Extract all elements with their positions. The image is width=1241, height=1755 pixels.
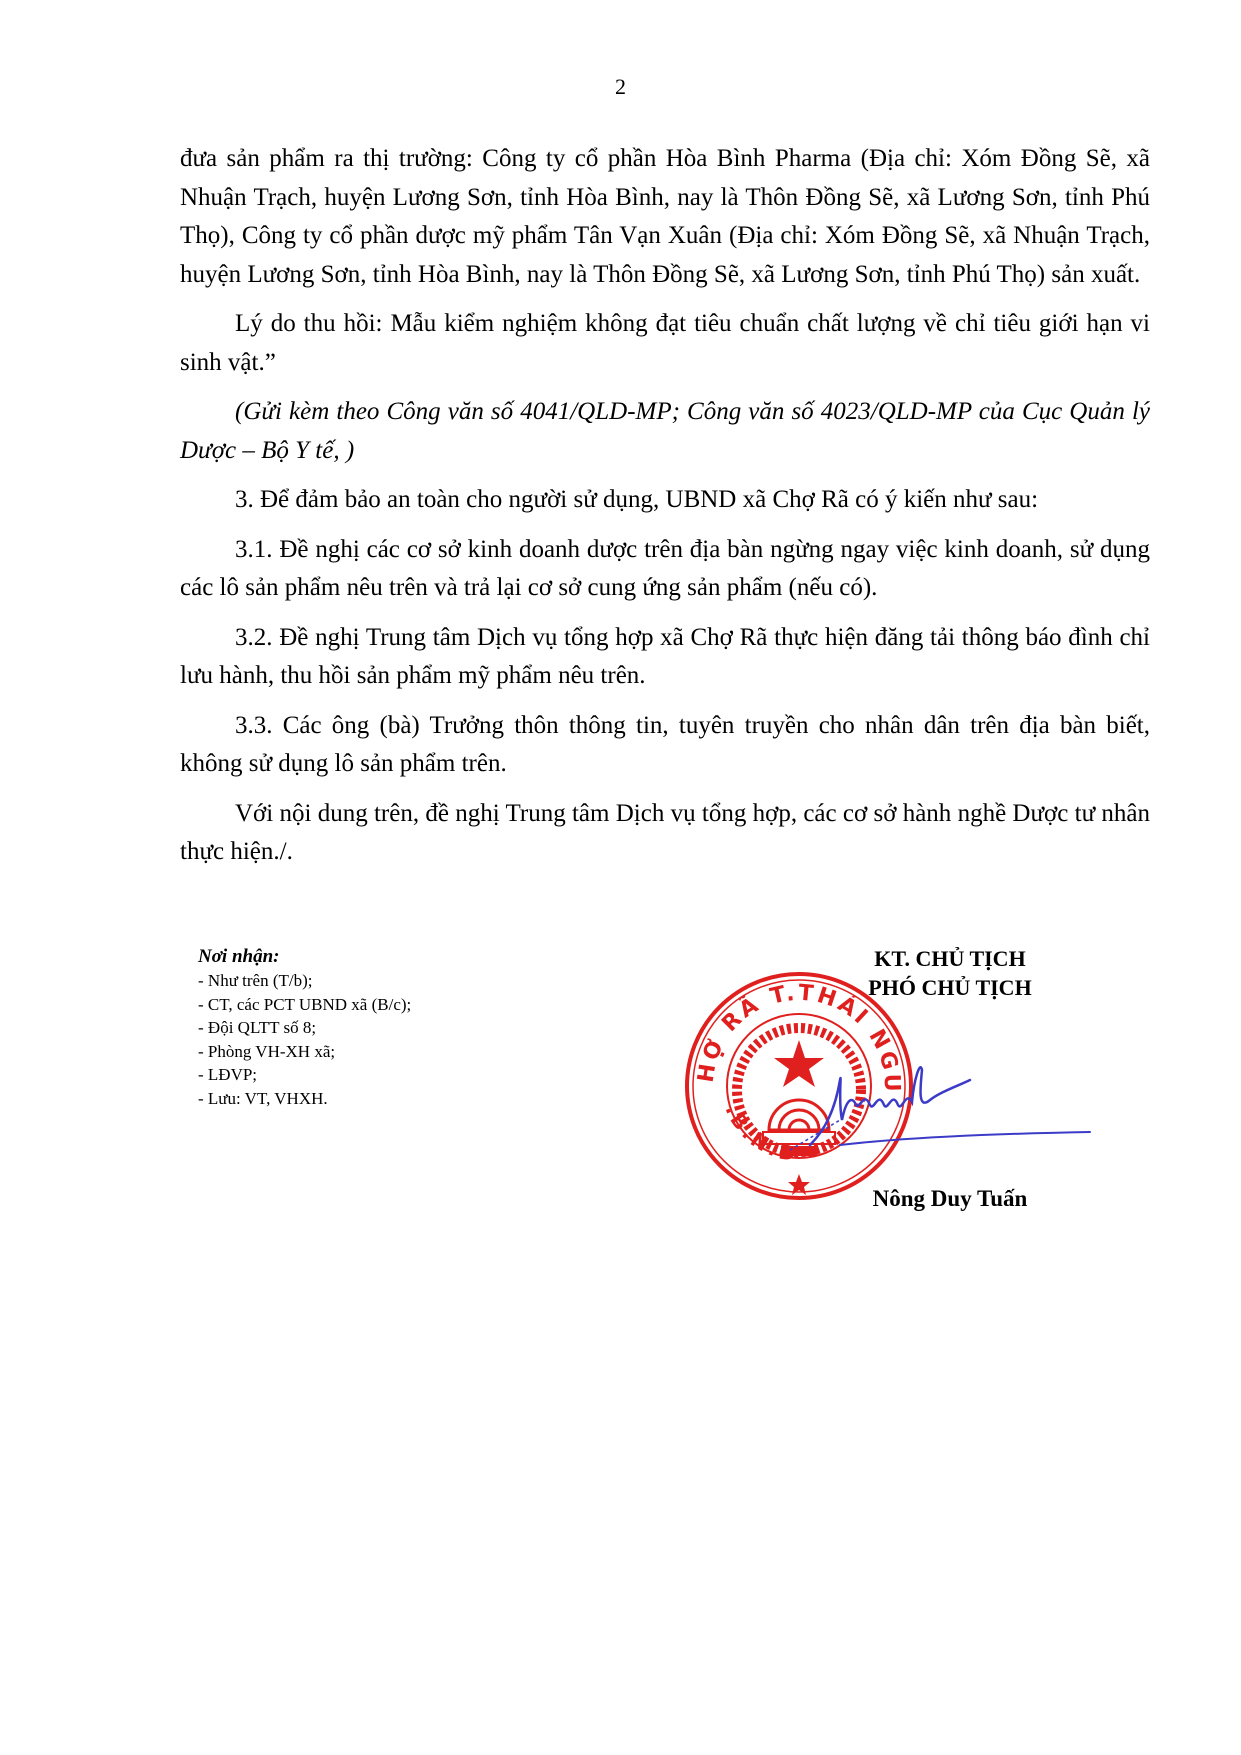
paragraph-attachment-note: (Gửi kèm theo Công văn số 4041/QLD-MP; C… — [180, 393, 1150, 470]
signature-title-line1: KT. CHỦ TỊCH — [820, 944, 1080, 973]
paragraph-3-2: 3.2. Đề nghị Trung tâm Dịch vụ tổng hợp … — [180, 619, 1150, 696]
paragraph-section-3: 3. Để đảm bảo an toàn cho người sử dụng,… — [180, 481, 1150, 520]
paragraph-3-3: 3.3. Các ông (bà) Trưởng thôn thông tin,… — [180, 707, 1150, 784]
paragraph-closing: Với nội dung trên, đề nghị Trung tâm Dịc… — [180, 795, 1150, 872]
recipient-item: - CT, các PCT UBND xã (B/c); — [198, 993, 411, 1017]
handwritten-signature-icon — [780, 1050, 1100, 1160]
recipient-item: - Phòng VH-XH xã; — [198, 1040, 411, 1064]
document-body: đưa sản phẩm ra thị trường: Công ty cổ p… — [180, 140, 1150, 883]
recipients-title: Nơi nhận: — [198, 945, 411, 969]
paragraph-recall-reason: Lý do thu hồi: Mẫu kiểm nghiệm không đạt… — [180, 305, 1150, 382]
page-number: 2 — [0, 74, 1241, 100]
recipient-item: - Đội QLTT số 8; — [198, 1016, 411, 1040]
signer-name: Nông Duy Tuấn — [820, 1186, 1080, 1212]
recipient-item: - Lưu: VT, VHXH. — [198, 1087, 411, 1111]
paragraph-3-1: 3.1. Đề nghị các cơ sở kinh doanh dược t… — [180, 531, 1150, 608]
paragraph-manufacturer: đưa sản phẩm ra thị trường: Công ty cổ p… — [180, 140, 1150, 294]
recipient-item: - LĐVP; — [198, 1063, 411, 1087]
recipient-item: - Như trên (T/b); — [198, 969, 411, 993]
recipients-block: Nơi nhận: - Như trên (T/b); - CT, các PC… — [198, 945, 411, 1110]
